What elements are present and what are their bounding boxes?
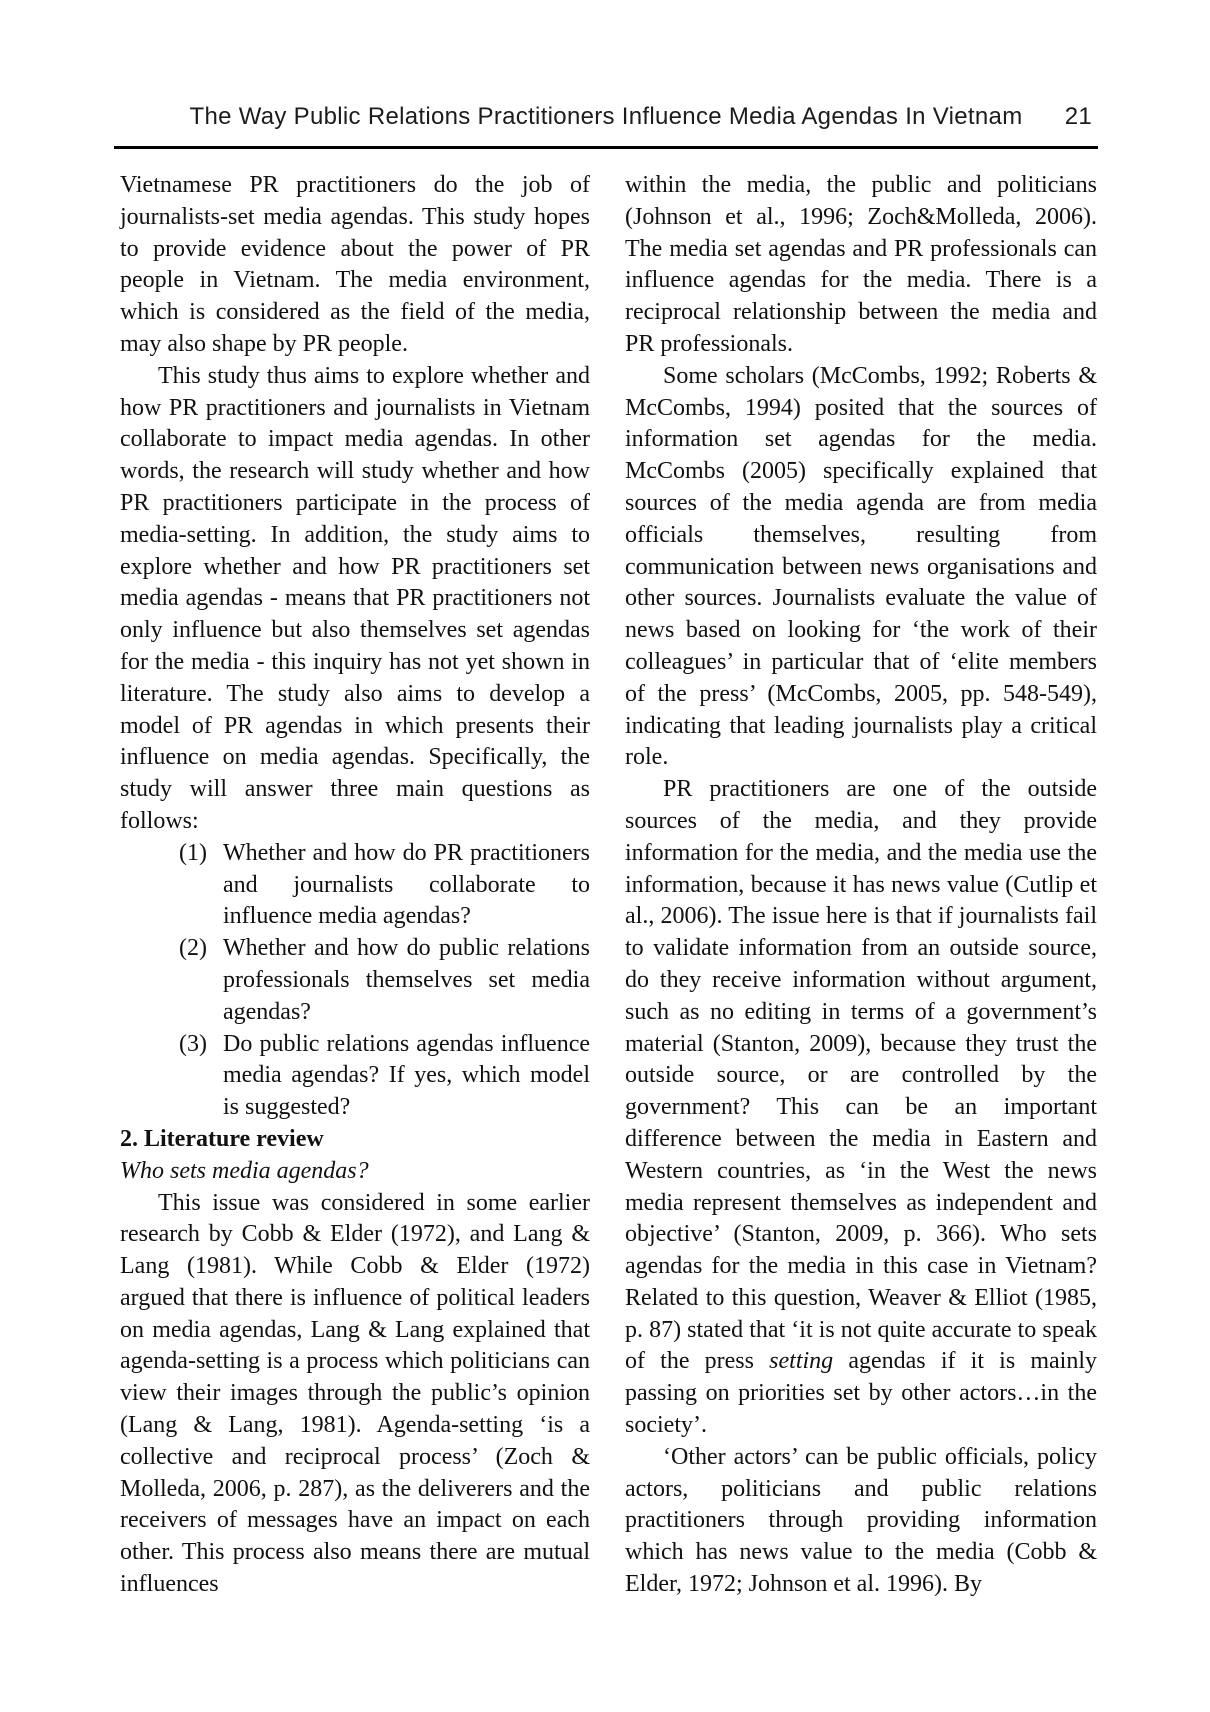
scholars-paragraph: Some scholars (McCombs, 1992; Roberts & … — [625, 361, 1097, 774]
paragraph-text: PR practitioners are one of the outside … — [625, 776, 1097, 1374]
running-head-title: The Way Public Relations Practitioners I… — [189, 103, 1022, 130]
left-column: Vietnamese PR practitioners do the job o… — [120, 170, 590, 1601]
question-item: (3) Do public relations agendas influenc… — [179, 1029, 590, 1124]
question-item: (1) Whether and how do PR practitioners … — [179, 838, 590, 933]
question-item: (2) Whether and how do public relations … — [179, 933, 590, 1028]
reciprocal-relationship-paragraph: within the media, the public and politic… — [625, 170, 1097, 361]
research-questions-list: (1) Whether and how do PR practitioners … — [179, 838, 590, 1124]
question-number: (2) — [179, 933, 223, 1028]
literature-review-paragraph: This issue was considered in some earlie… — [120, 1188, 590, 1601]
literature-review-heading: 2. Literature review — [120, 1124, 590, 1156]
outside-sources-paragraph: PR practitioners are one of the outside … — [625, 774, 1097, 1442]
right-column: within the media, the public and politic… — [625, 170, 1097, 1601]
italic-word: setting — [769, 1348, 833, 1374]
who-sets-media-agendas-subheading: Who sets media agendas? — [120, 1156, 590, 1188]
question-number: (3) — [179, 1029, 223, 1124]
question-text: Whether and how do PR practitioners and … — [223, 838, 590, 933]
page-number: 21 — [1065, 103, 1092, 131]
document-page: The Way Public Relations Practitioners I… — [0, 0, 1210, 1712]
question-number: (1) — [179, 838, 223, 933]
body-text: Vietnamese PR practitioners do the job o… — [120, 170, 1097, 1601]
study-aims-paragraph: This study thus aims to explore whether … — [120, 361, 590, 838]
intro-paragraph: Vietnamese PR practitioners do the job o… — [120, 170, 590, 361]
header-divider — [114, 146, 1098, 149]
other-actors-paragraph: ‘Other actors’ can be public officials, … — [625, 1442, 1097, 1601]
question-text: Whether and how do public relations prof… — [223, 933, 590, 1028]
question-text: Do public relations agendas influence me… — [223, 1029, 590, 1124]
running-header: The Way Public Relations Practitioners I… — [114, 103, 1098, 137]
